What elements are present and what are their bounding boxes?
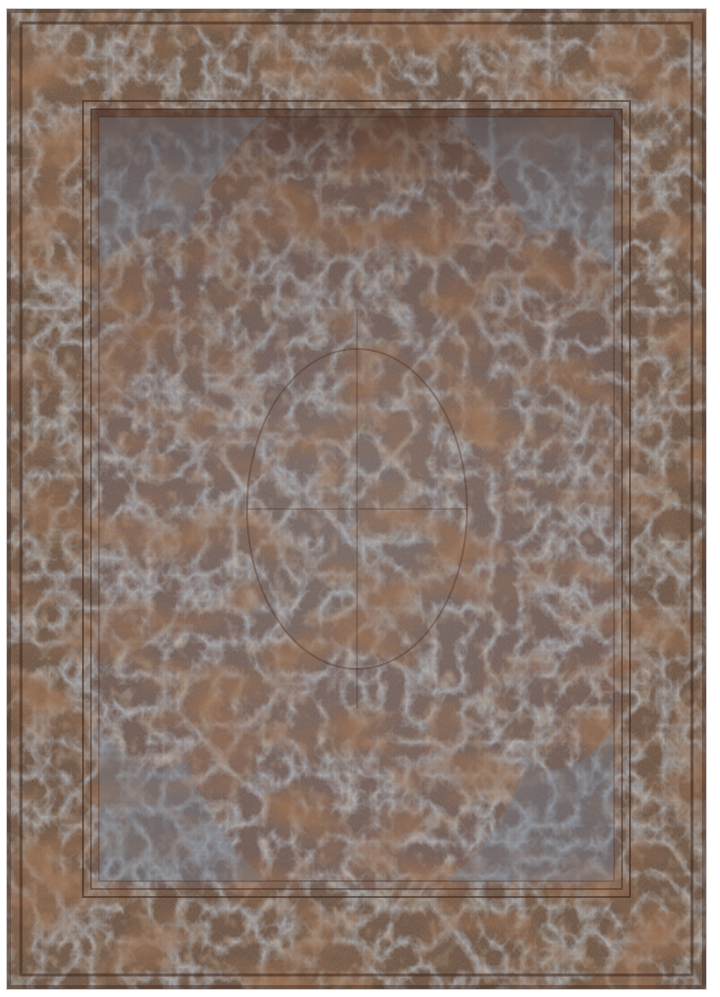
image-canvas: Distressed overdyed rug in brown and sla… xyxy=(0,0,720,997)
rug xyxy=(7,9,706,989)
rug-artwork xyxy=(7,9,706,989)
